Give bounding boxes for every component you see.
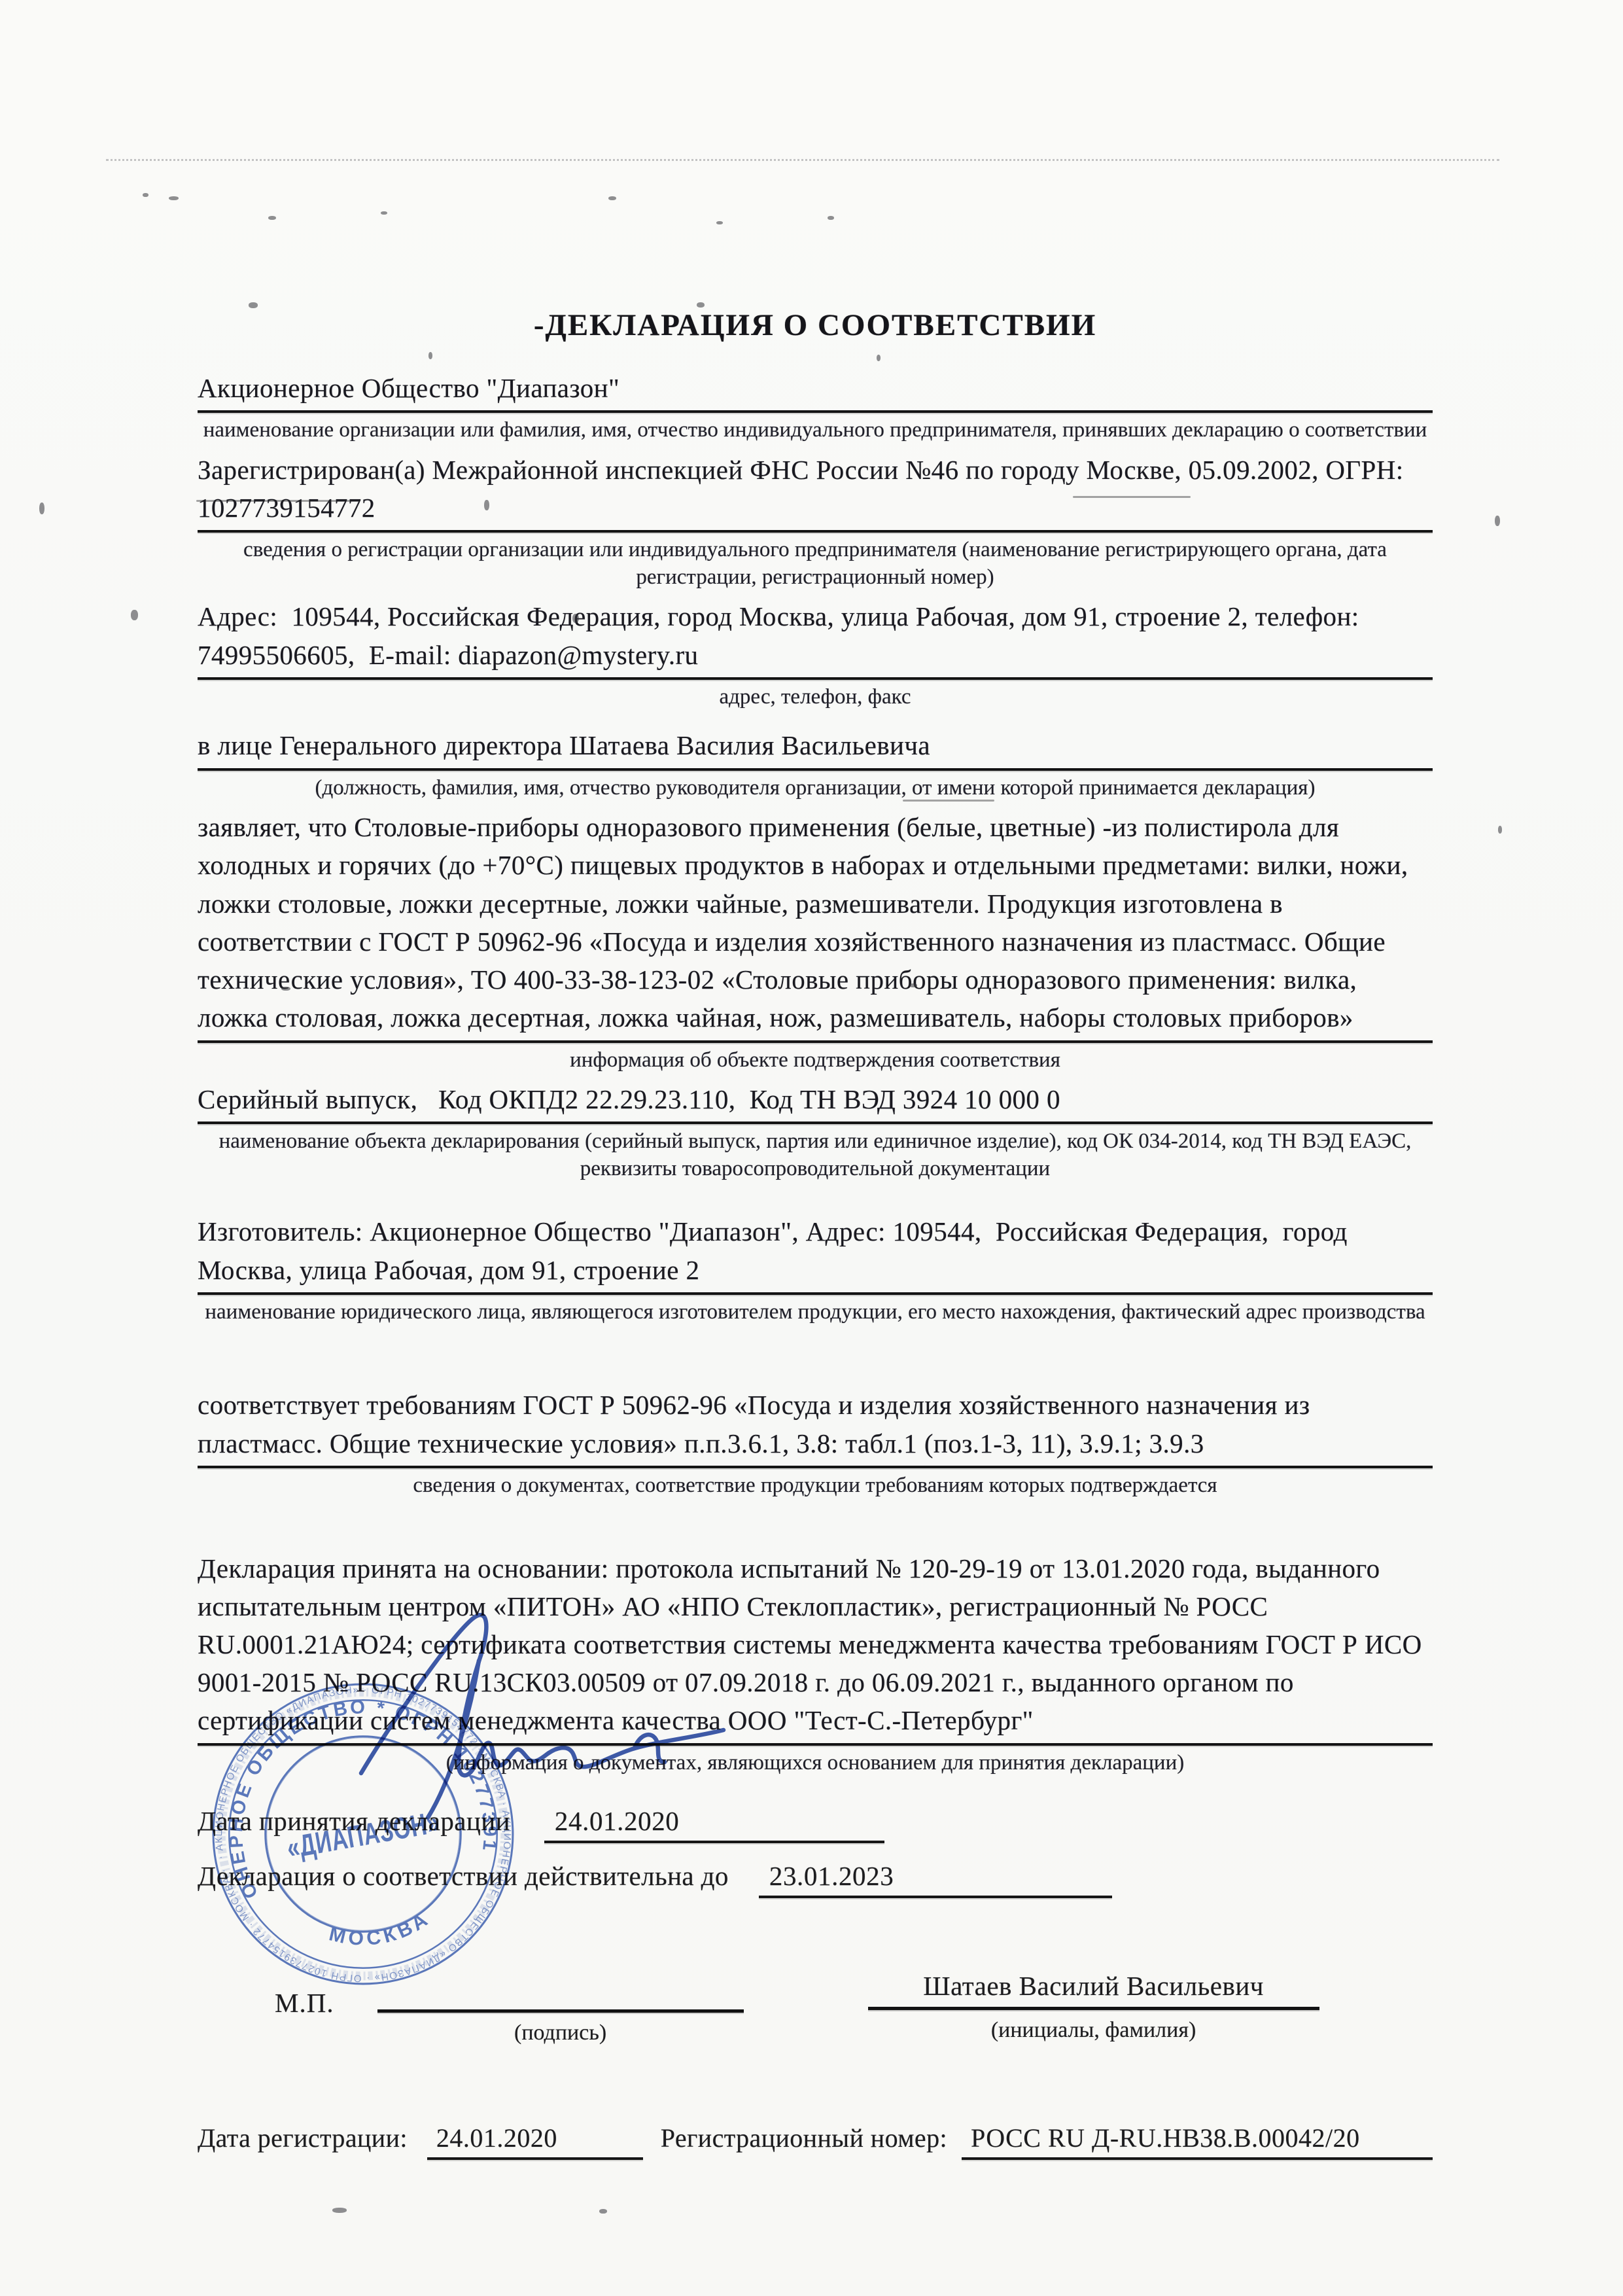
stamp-place-label: М.П.: [275, 1970, 334, 2019]
scan-speck: [249, 302, 258, 308]
scan-speck: [428, 352, 432, 359]
field-address: Адрес: 109544, Российская Федерация, гор…: [198, 597, 1433, 711]
object-caption: информация об объекте подтверждения соот…: [198, 1047, 1433, 1074]
scan-speck: [131, 610, 138, 620]
scan-speck: [332, 2208, 347, 2213]
field-declaration-object: заявляет, что Столовые-приборы одноразов…: [198, 808, 1433, 1074]
address-caption: адрес, телефон, факс: [198, 684, 1433, 711]
scan-speck: [716, 221, 723, 224]
registration-date-value: 24.01.2020: [427, 2123, 643, 2160]
adoption-date-value: 24.01.2020: [544, 1805, 884, 1843]
scan-speck: [268, 216, 276, 220]
serial-value: Серийный выпуск, Код ОКПД2 22.29.23.110,…: [198, 1080, 1433, 1124]
scanned-declaration-page: -ДЕКЛАРАЦИЯ О СООТВЕТСТВИИ Акционерное О…: [0, 0, 1623, 2296]
scan-speck: [381, 211, 387, 215]
basis-caption: (информация о документах, являющихся осн…: [198, 1750, 1433, 1777]
valid-until-label: Декларация о соответствии действительна …: [198, 1860, 729, 1892]
signature-caption: (подпись): [377, 2021, 744, 2045]
signature-column: (подпись): [377, 1970, 744, 2045]
signatory-column: Шатаев Василий Васильевич (инициалы, фам…: [868, 1970, 1319, 2043]
address-value: Адрес: 109544, Российская Федерация, гор…: [198, 597, 1433, 679]
scan-speck: [281, 987, 290, 991]
scan-speck: [608, 196, 616, 200]
field-registration-info: Зарегистрирован(а) Межрайонной инспекцие…: [198, 451, 1433, 592]
conformity-caption: сведения о документах, соответствие прод…: [198, 1472, 1433, 1500]
page-title: -ДЕКЛАРАЦИЯ О СООТВЕТСТВИИ: [198, 308, 1433, 343]
field-declaration-basis: Декларация принята на основании: протоко…: [198, 1549, 1433, 1777]
scan-speck: [697, 302, 705, 308]
field-conformity-requirements: соответствует требованиям ГОСТ Р 50962-9…: [198, 1386, 1433, 1499]
scan-speck: [572, 614, 579, 623]
document-content: -ДЕКЛАРАЦИЯ О СООТВЕТСТВИИ Акционерное О…: [198, 0, 1433, 2160]
registration-date-label: Дата регистрации:: [198, 2123, 408, 2153]
registration-number-value: РОСС RU Д-RU.НВ38.В.00042/20: [962, 2123, 1433, 2160]
registration-footer-row: Дата регистрации: 24.01.2020 Регистрацио…: [198, 2123, 1433, 2160]
declarant-caption: наименование организации или фамилия, им…: [198, 417, 1433, 444]
scan-speck: [828, 216, 834, 220]
scan-speck: [1498, 826, 1502, 834]
scan-speck: [1495, 516, 1500, 526]
scan-speck: [484, 500, 489, 510]
scan-stroke-mark: [903, 800, 994, 802]
signature-rule: [377, 2009, 744, 2013]
registration-number-label: Регистрационный номер:: [661, 2123, 947, 2153]
scan-stroke-mark: [196, 500, 360, 502]
scan-speck: [169, 196, 179, 200]
representative-value: в лице Генерального директора Шатаева Ва…: [198, 726, 1433, 770]
field-declarant: Акционерное Общество "Диапазон" наименов…: [198, 369, 1433, 444]
signature-row: М.П. (подпись) Шатаев Василий Васильевич…: [198, 1970, 1433, 2045]
representative-caption: (должность, фамилия, имя, отчество руков…: [198, 775, 1433, 802]
signature-space: [377, 1970, 744, 2009]
registration-value: Зарегистрирован(а) Межрайонной инспекцие…: [198, 451, 1433, 533]
scan-stroke-mark: [1073, 496, 1191, 498]
basis-value: Декларация принята на основании: протоко…: [198, 1549, 1433, 1746]
scan-speck: [599, 2209, 607, 2214]
valid-until-row: Декларация о соответствии действительна …: [198, 1860, 1433, 1898]
adoption-date-label: Дата принятия декларации: [198, 1805, 510, 1837]
scan-speck: [39, 503, 44, 514]
scan-speck: [909, 983, 917, 987]
serial-caption: наименование объекта декларирования (сер…: [198, 1128, 1433, 1182]
declarant-value: Акционерное Общество "Диапазон": [198, 369, 1433, 413]
adoption-date-row: Дата принятия декларации 24.01.2020: [198, 1805, 1433, 1843]
object-value: заявляет, что Столовые-приборы одноразов…: [198, 808, 1433, 1042]
valid-until-value: 23.01.2023: [759, 1860, 1112, 1898]
field-manufacturer: Изготовитель: Акционерное Общество "Диап…: [198, 1212, 1433, 1326]
scan-speck: [143, 193, 148, 197]
signatory-caption: (инициалы, фамилия): [868, 2018, 1319, 2043]
signatory-name: Шатаев Василий Васильевич: [868, 1970, 1319, 2010]
manufacturer-value: Изготовитель: Акционерное Общество "Диап…: [198, 1212, 1433, 1294]
field-serial-codes: Серийный выпуск, Код ОКПД2 22.29.23.110,…: [198, 1080, 1433, 1182]
manufacturer-caption: наименование юридического лица, являющег…: [198, 1299, 1433, 1326]
registration-caption: сведения о регистрации организации или и…: [198, 537, 1433, 591]
scan-speck: [877, 355, 881, 361]
field-representative: в лице Генерального директора Шатаева Ва…: [198, 726, 1433, 802]
conformity-value: соответствует требованиям ГОСТ Р 50962-9…: [198, 1386, 1433, 1468]
